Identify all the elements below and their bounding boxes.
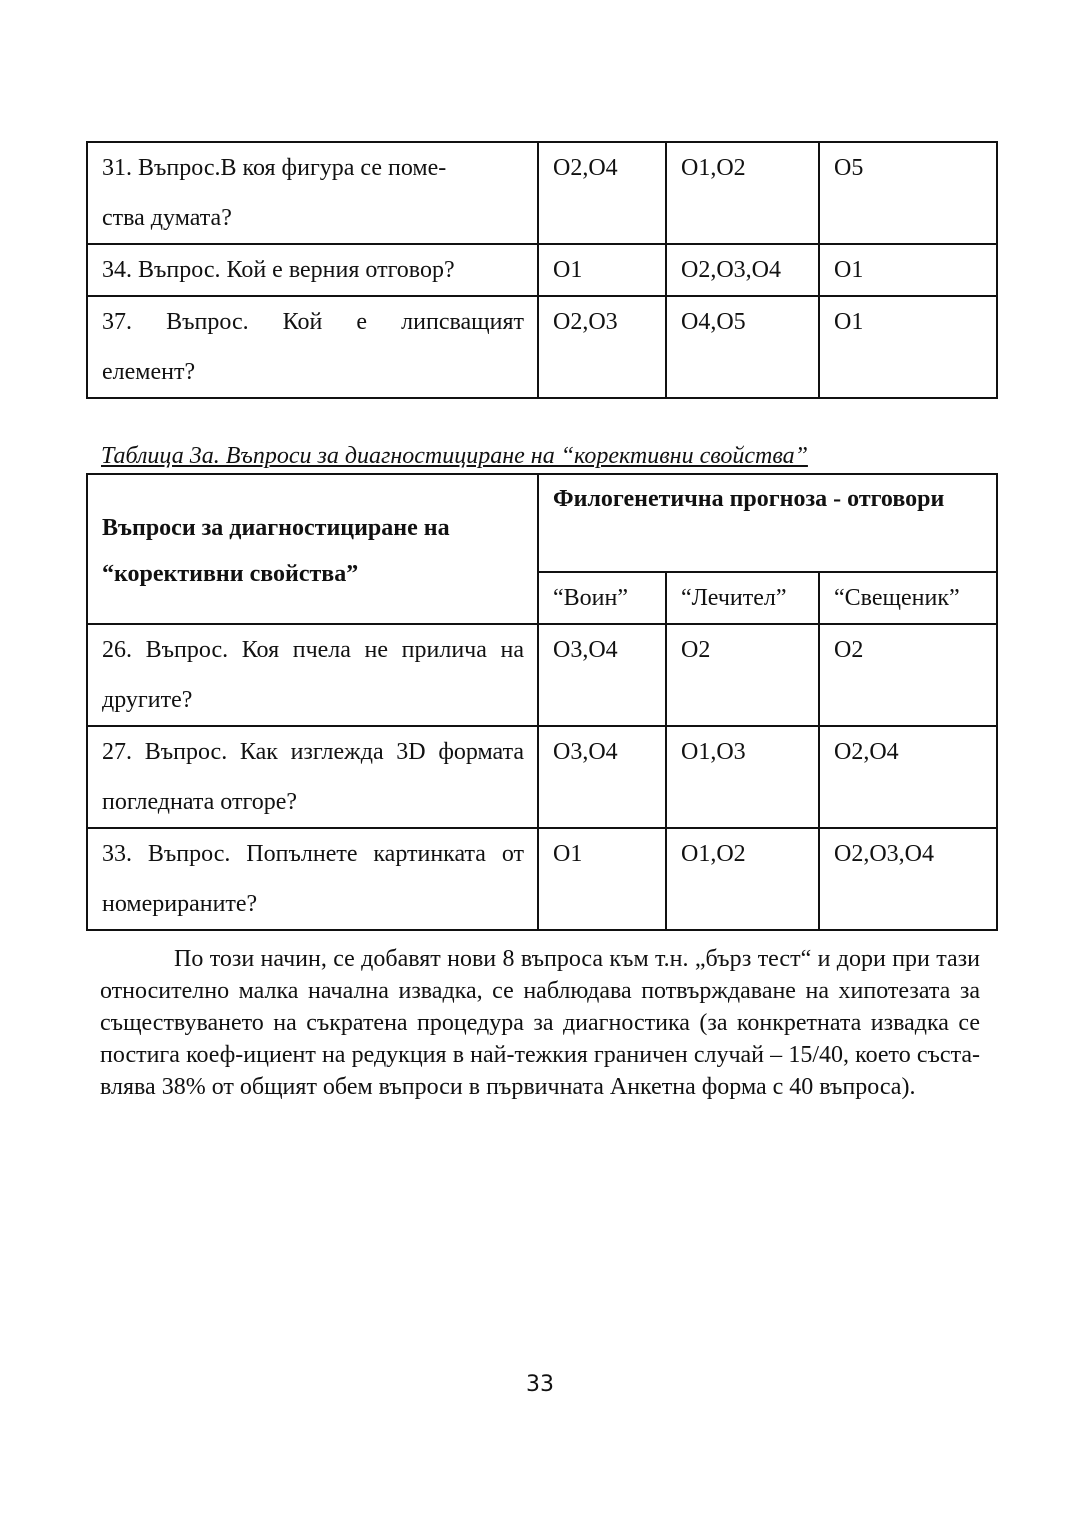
questions-column-header: Въпроси за диагностициране на “корективн…	[87, 474, 538, 624]
table-row: 37. Въпрос. Кой е липсващиятелемент? O2,…	[87, 296, 997, 398]
body-paragraph: По този начин, се добавят нови 8 въпроса…	[100, 943, 980, 1103]
answer-voin: O2,O3	[538, 296, 666, 398]
answer-svestenik: O5	[819, 142, 997, 244]
answer-voin: O3,O4	[538, 726, 666, 828]
phylogenetic-forecast-header: Филогенетична прогноза - отговори	[538, 474, 997, 572]
column-header-svestenik: “Свещеник”	[819, 572, 997, 624]
question-cell: 37. Въпрос. Кой е липсващиятелемент?	[87, 296, 538, 398]
table-row: 34. Въпрос. Кой е верния отговор? O1 O2,…	[87, 244, 997, 296]
page-number: 33	[0, 1372, 1080, 1397]
question-cell: 33. Въпрос. Попълнете картинката от номе…	[87, 828, 538, 930]
answer-voin: O1	[538, 244, 666, 296]
question-cell: 34. Въпрос. Кой е верния отговор?	[87, 244, 538, 296]
continued-answers-table: 31. Въпрос.В коя фигура се поме-ства дум…	[86, 141, 998, 399]
answer-svestenik: O1	[819, 244, 997, 296]
answer-lechitel: O1,O2	[666, 828, 819, 930]
column-header-lechitel: “Лечител”	[666, 572, 819, 624]
question-cell: 27. Въпрос. Как изглежда 3D формата погл…	[87, 726, 538, 828]
table-row: 26. Въпрос. Коя пчела не прилича на друг…	[87, 624, 997, 726]
question-line: 31. Въпрос.В коя фигура се поме-	[102, 155, 446, 181]
question-line: 37. Въпрос. Кой е липсващият	[102, 297, 524, 347]
question-cell: 31. Въпрос.В коя фигура се поме-ства дум…	[87, 142, 538, 244]
table-caption: Таблица 3а. Въпроси за диагностициране н…	[101, 440, 808, 472]
answer-lechitel: O4,O5	[666, 296, 819, 398]
column-header-voin: “Воин”	[538, 572, 666, 624]
answer-svestenik: O2	[819, 624, 997, 726]
table-row: 33. Въпрос. Попълнете картинката от номе…	[87, 828, 997, 930]
answer-svestenik: O1	[819, 296, 997, 398]
answer-voin: O1	[538, 828, 666, 930]
header-row: Въпроси за диагностициране на “корективн…	[87, 474, 997, 572]
answer-svestenik: O2,O4	[819, 726, 997, 828]
question-cell: 26. Въпрос. Коя пчела не прилича на друг…	[87, 624, 538, 726]
answer-voin: O3,O4	[538, 624, 666, 726]
answer-lechitel: O1,O3	[666, 726, 819, 828]
table-row: 31. Въпрос.В коя фигура се поме-ства дум…	[87, 142, 997, 244]
corrective-properties-table: Въпроси за диагностициране на “корективн…	[86, 473, 998, 931]
answer-lechitel: O2,O3,O4	[666, 244, 819, 296]
answer-lechitel: O1,O2	[666, 142, 819, 244]
answer-voin: O2,O4	[538, 142, 666, 244]
table-row: 27. Въпрос. Как изглежда 3D формата погл…	[87, 726, 997, 828]
question-line: ства думата?	[102, 205, 232, 231]
question-line: елемент?	[102, 347, 524, 397]
answer-svestenik: O2,O3,O4	[819, 828, 997, 930]
answer-lechitel: O2	[666, 624, 819, 726]
